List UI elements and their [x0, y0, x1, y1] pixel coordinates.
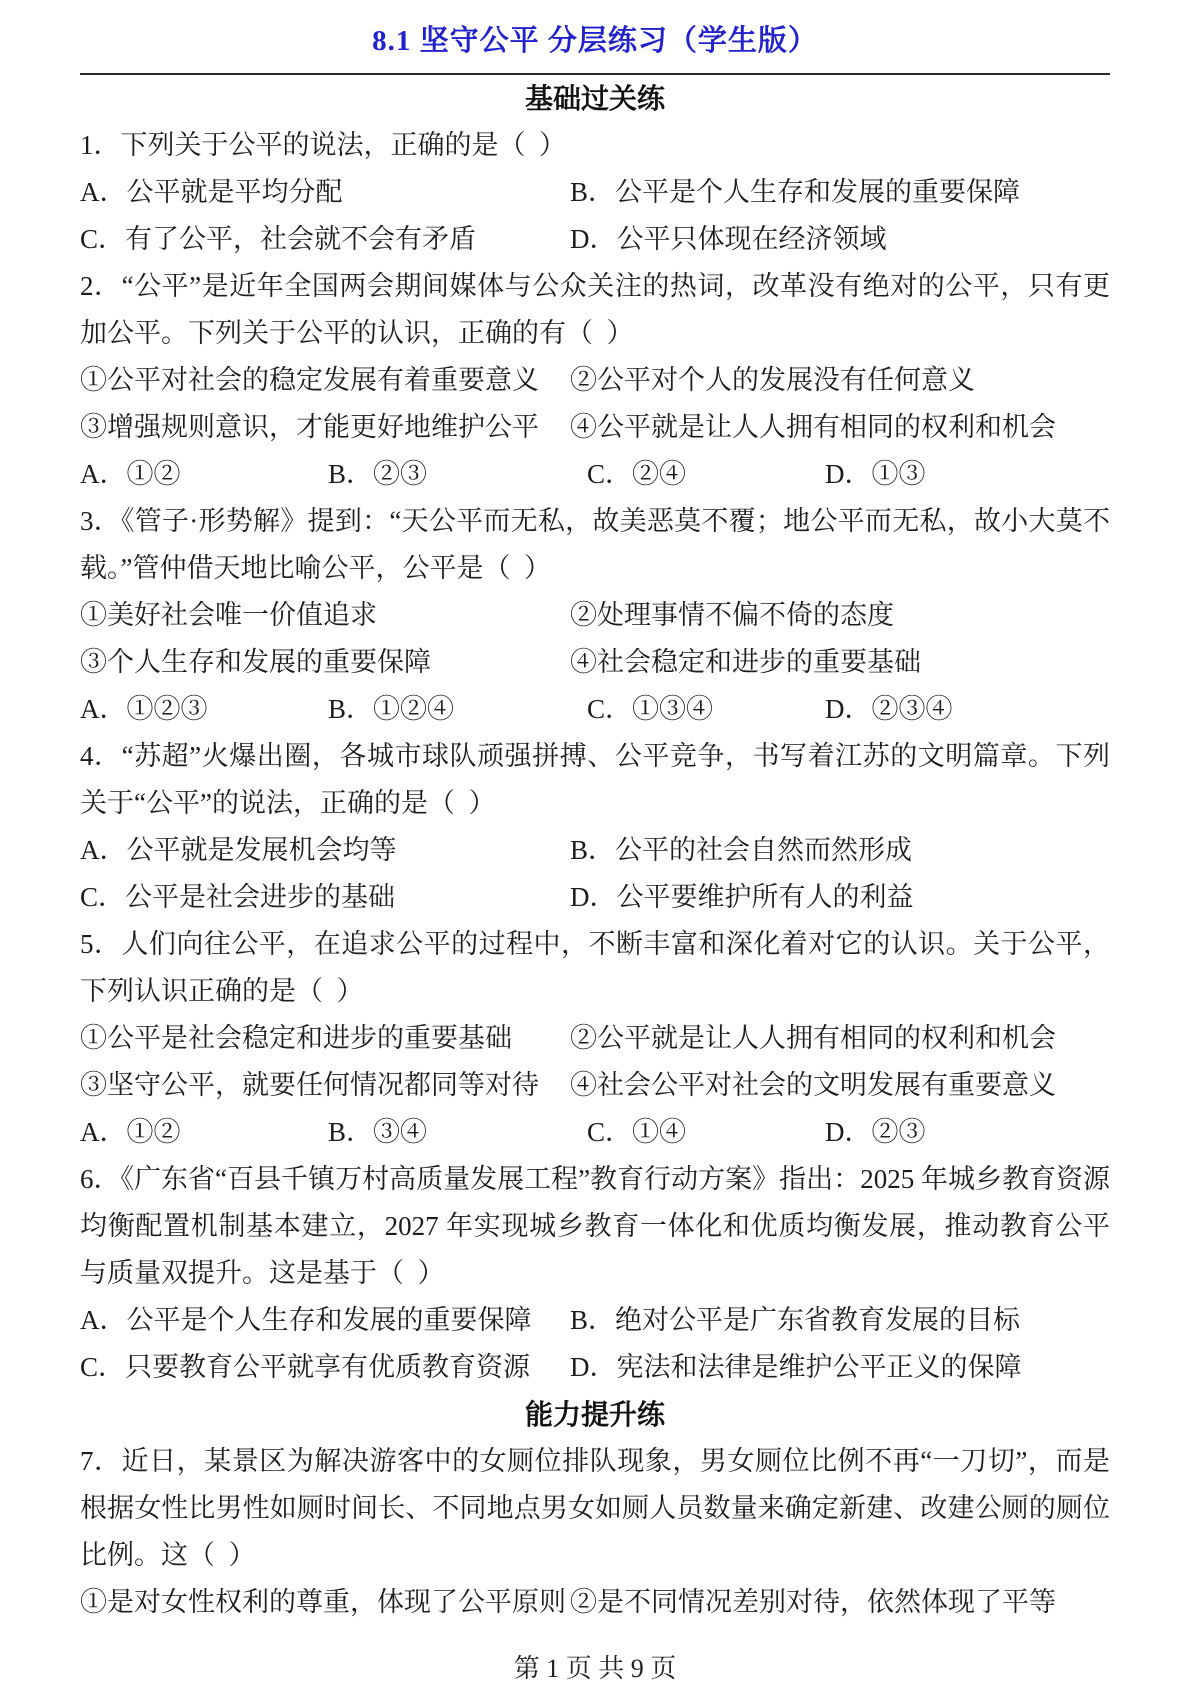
question-5-item-2: ②公平就是让人人拥有相同的权利和机会	[570, 1015, 1110, 1062]
question-3-item-3: ③个人生存和发展的重要保障	[80, 639, 570, 686]
question-2-item-2: ②公平对个人的发展没有任何意义	[570, 357, 1110, 404]
question-5-option-c: C．①④	[587, 1109, 825, 1156]
question-6-options-row-cd: C．只要教育公平就享有优质教育资源 D．宪法和法律是维护公平正义的保障	[80, 1344, 1110, 1391]
question-7-item-2: ②是不同情况差别对待，依然体现了平等	[570, 1579, 1110, 1626]
question-3-item-1: ①美好社会唯一价值追求	[80, 592, 570, 639]
question-4-option-d: D．公平要维护所有人的利益	[570, 874, 1110, 921]
question-2: 2．“公平”是近年全国两会期间媒体与公众关注的热词，改革没有绝对的公平，只有更加…	[80, 263, 1110, 498]
question-1-options-row-cd: C．有了公平，社会就不会有矛盾 D．公平只体现在经济领域	[80, 216, 1110, 263]
question-7: 7．近日，某景区为解决游客中的女厕位排队现象，男女厕位比例不再“一刀切”，而是根…	[80, 1438, 1110, 1626]
question-4-option-c: C．公平是社会进步的基础	[80, 874, 570, 921]
question-4-option-a: A．公平就是发展机会均等	[80, 827, 570, 874]
question-5-option-b: B．③④	[328, 1109, 587, 1156]
question-2-item-4: ④公平就是让人人拥有相同的权利和机会	[570, 404, 1110, 451]
question-6-stem: 6．《广东省“百县千镇万村高质量发展工程”教育行动方案》指出：2025 年城乡教…	[80, 1156, 1110, 1297]
question-2-item-3: ③增强规则意识，才能更好地维护公平	[80, 404, 570, 451]
question-2-option-c: C．②④	[587, 451, 825, 498]
question-6-option-b: B．绝对公平是广东省教育发展的目标	[570, 1297, 1110, 1344]
question-4-options-row-cd: C．公平是社会进步的基础 D．公平要维护所有人的利益	[80, 874, 1110, 921]
question-5-options-row: A．①② B．③④ C．①④ D．②③	[80, 1109, 1110, 1156]
question-3-options-row: A．①②③ B．①②④ C．①③④ D．②③④	[80, 686, 1110, 733]
question-7-items-row-12: ①是对女性权利的尊重，体现了公平原则 ②是不同情况差别对待，依然体现了平等	[80, 1579, 1110, 1626]
question-2-items-row-12: ①公平对社会的稳定发展有着重要意义 ②公平对个人的发展没有任何意义	[80, 357, 1110, 404]
question-6-options-row-ab: A．公平是个人生存和发展的重要保障 B．绝对公平是广东省教育发展的目标	[80, 1297, 1110, 1344]
page-title: 8.1 坚守公平 分层练习（学生版）	[80, 22, 1110, 60]
worksheet-page: 8.1 坚守公平 分层练习（学生版） 基础过关练 1．下列关于公平的说法，正确的…	[0, 0, 1190, 1682]
question-1-stem: 1．下列关于公平的说法，正确的是（ ）	[80, 122, 1110, 169]
question-6-option-d: D．宪法和法律是维护公平正义的保障	[570, 1344, 1110, 1391]
question-6-option-c: C．只要教育公平就享有优质教育资源	[80, 1344, 570, 1391]
question-2-option-a: A．①②	[80, 451, 328, 498]
question-3-items-row-34: ③个人生存和发展的重要保障 ④社会稳定和进步的重要基础	[80, 639, 1110, 686]
question-3: 3．《管子·形势解》提到：“天公平而无私，故美恶莫不覆；地公平而无私，故小大莫不…	[80, 498, 1110, 733]
question-7-item-1: ①是对女性权利的尊重，体现了公平原则	[80, 1579, 570, 1626]
question-4-options-row-ab: A．公平就是发展机会均等 B．公平的社会自然而然形成	[80, 827, 1110, 874]
question-3-option-b: B．①②④	[328, 686, 587, 733]
question-3-option-a: A．①②③	[80, 686, 328, 733]
question-1-option-d: D．公平只体现在经济领域	[570, 216, 1110, 263]
question-1-option-c: C．有了公平，社会就不会有矛盾	[80, 216, 570, 263]
question-2-option-d: D．①③	[825, 451, 1110, 498]
question-3-item-2: ②处理事情不偏不倚的态度	[570, 592, 1110, 639]
question-2-item-1: ①公平对社会的稳定发展有着重要意义	[80, 357, 570, 404]
question-2-stem: 2．“公平”是近年全国两会期间媒体与公众关注的热词，改革没有绝对的公平，只有更加…	[80, 263, 1110, 357]
question-3-items-row-12: ①美好社会唯一价值追求 ②处理事情不偏不倚的态度	[80, 592, 1110, 639]
question-5-option-a: A．①②	[80, 1109, 328, 1156]
question-3-item-4: ④社会稳定和进步的重要基础	[570, 639, 1110, 686]
question-5: 5．人们向往公平，在追求公平的过程中，不断丰富和深化着对它的认识。关于公平，下列…	[80, 921, 1110, 1156]
question-5-items-row-34: ③坚守公平，就要任何情况都同等对待 ④社会公平对社会的文明发展有重要意义	[80, 1062, 1110, 1109]
question-2-items-row-34: ③增强规则意识，才能更好地维护公平 ④公平就是让人人拥有相同的权利和机会	[80, 404, 1110, 451]
question-1-option-b: B．公平是个人生存和发展的重要保障	[570, 169, 1110, 216]
question-3-option-d: D．②③④	[825, 686, 1110, 733]
question-2-options-row: A．①② B．②③ C．②④ D．①③	[80, 451, 1110, 498]
question-1: 1．下列关于公平的说法，正确的是（ ） A．公平就是平均分配 B．公平是个人生存…	[80, 122, 1110, 263]
question-4-option-b: B．公平的社会自然而然形成	[570, 827, 1110, 874]
question-5-item-1: ①公平是社会稳定和进步的重要基础	[80, 1015, 570, 1062]
question-1-options-row-ab: A．公平就是平均分配 B．公平是个人生存和发展的重要保障	[80, 169, 1110, 216]
question-3-option-c: C．①③④	[587, 686, 825, 733]
question-4-stem: 4．“苏超”火爆出圈，各城市球队顽强拼搏、公平竞争，书写着江苏的文明篇章。下列关…	[80, 733, 1110, 827]
question-3-stem: 3．《管子·形势解》提到：“天公平而无私，故美恶莫不覆；地公平而无私，故小大莫不…	[80, 498, 1110, 592]
question-5-option-d: D．②③	[825, 1109, 1110, 1156]
question-6-option-a: A．公平是个人生存和发展的重要保障	[80, 1297, 570, 1344]
question-5-stem: 5．人们向往公平，在追求公平的过程中，不断丰富和深化着对它的认识。关于公平，下列…	[80, 921, 1110, 1015]
page-number: 第 1 页 共 9 页	[80, 1652, 1110, 1682]
question-6: 6．《广东省“百县千镇万村高质量发展工程”教育行动方案》指出：2025 年城乡教…	[80, 1156, 1110, 1391]
question-1-option-a: A．公平就是平均分配	[80, 169, 570, 216]
question-5-items-row-12: ①公平是社会稳定和进步的重要基础 ②公平就是让人人拥有相同的权利和机会	[80, 1015, 1110, 1062]
section-heading-advanced: 能力提升练	[80, 1391, 1110, 1438]
question-5-item-3: ③坚守公平，就要任何情况都同等对待	[80, 1062, 570, 1109]
section-heading-basic: 基础过关练	[80, 75, 1110, 122]
question-2-option-b: B．②③	[328, 451, 587, 498]
question-4: 4．“苏超”火爆出圈，各城市球队顽强拼搏、公平竞争，书写着江苏的文明篇章。下列关…	[80, 733, 1110, 921]
question-7-stem: 7．近日，某景区为解决游客中的女厕位排队现象，男女厕位比例不再“一刀切”，而是根…	[80, 1438, 1110, 1579]
question-5-item-4: ④社会公平对社会的文明发展有重要意义	[570, 1062, 1110, 1109]
